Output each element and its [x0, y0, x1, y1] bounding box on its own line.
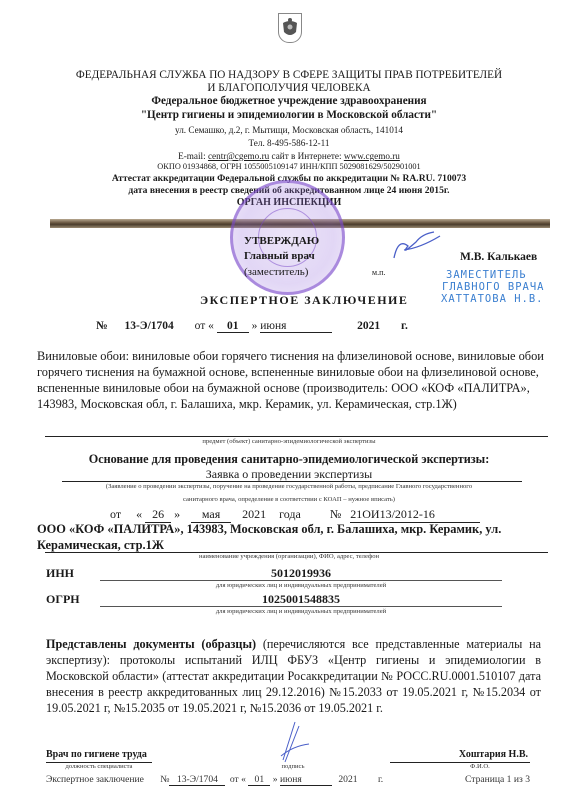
- phone: Тел. 8-495-586-12-11: [0, 137, 578, 149]
- footer-reference: Экспертное заключение №13-Э/1704 от « 01…: [46, 774, 383, 786]
- site-label: сайт в Интернете:: [269, 151, 344, 161]
- applicant-organization: ООО «КОФ «ПАЛИТРА», 143983, Московская о…: [37, 521, 552, 553]
- conclusion-day: 01: [217, 320, 249, 333]
- documents-lead: Представлены документы (образцы): [46, 637, 256, 651]
- email-link[interactable]: centr@cgemo.ru: [208, 151, 269, 161]
- basis-caption-line2: санитарного врача, определение в соответ…: [0, 496, 578, 504]
- submitted-documents: Представлены документы (образцы) (перечи…: [46, 636, 541, 716]
- seal-place: м.п.: [372, 268, 385, 277]
- position-caption: должность специалиста: [46, 763, 152, 771]
- deputy-stamp-line1: ЗАМЕСТИТЕЛЬ: [446, 269, 527, 281]
- footer-doc-label: Экспертное заключение: [46, 774, 144, 785]
- agency-name-line1: ФЕДЕРАЛЬНАЯ СЛУЖБА ПО НАДЗОРУ В СФЕРЕ ЗА…: [0, 69, 578, 82]
- basis-year: 2021: [242, 507, 266, 521]
- specialist-position: Врач по гигиене труда: [46, 749, 147, 760]
- ogrn-value: 1025001548835: [100, 592, 502, 607]
- number-label: №: [96, 320, 108, 332]
- footer-month: июня: [280, 774, 332, 786]
- expertise-subject: Виниловые обои: виниловые обои горячего …: [37, 348, 552, 412]
- footer-close-quote: »: [273, 774, 278, 785]
- basis-number-label: №: [330, 507, 341, 521]
- deputy-stamp-line3: ХАТТАТОВА Н.В.: [441, 293, 544, 305]
- org-codes: ОКПО 01934868, ОГРН 1055005109147 ИНН/КП…: [0, 162, 578, 172]
- approver-name: М.В. Калькаев: [460, 251, 537, 263]
- footer-year: 2021: [338, 774, 357, 785]
- approver-position: Главный врач: [244, 250, 315, 262]
- basis-value: Заявка о проведении экспертизы: [0, 467, 578, 482]
- basis-caption-line1: (Заявление о проведении экспертизы, пору…: [0, 483, 578, 491]
- subject-caption: предмет (объект) санитарно-эпидемиологич…: [0, 438, 578, 446]
- subject-rule: [45, 436, 548, 437]
- basis-rule: [62, 481, 522, 482]
- inn-caption: для юридических лиц и индивидуальных пре…: [100, 582, 502, 590]
- basis-from-label: от: [110, 507, 121, 521]
- inn-value: 5012019936: [100, 566, 502, 581]
- conclusion-year: 2021: [357, 320, 380, 332]
- approver-signature: [386, 228, 446, 264]
- conclusion-number-line: № 13-Э/1704 от « 01 » июня 2021 г.: [96, 320, 408, 333]
- specialist-name: Хоштария Н.В.: [430, 749, 528, 760]
- specialist-signature: [275, 720, 315, 764]
- footer-from-label: от «: [230, 774, 246, 785]
- contacts: E-mail: centr@cgemo.ru сайт в Интернете:…: [0, 150, 578, 162]
- applicant-caption: наименование учреждения (организации), Ф…: [0, 553, 578, 561]
- institution-line2: "Центр гигиены и эпидемиологии в Московс…: [0, 109, 578, 122]
- page-number: Страница 1 из 3: [430, 774, 530, 785]
- conclusion-month: июня: [260, 320, 332, 333]
- ogrn-rule: [100, 606, 502, 607]
- document-title: ЭКСПЕРТНОЕ ЗАКЛЮЧЕНИЕ: [200, 293, 408, 308]
- address: ул. Семашко, д.2, г. Мытищи, Московская …: [0, 124, 578, 136]
- footer-day: 01: [248, 774, 270, 786]
- basis-open-quote: «: [136, 507, 142, 521]
- deputy-stamp-line2: ГЛАВНОГО ВРАЧА: [442, 281, 545, 293]
- footer-number: 13-Э/1704: [169, 774, 225, 786]
- ogrn-label: ОГРН: [46, 592, 80, 607]
- conclusion-number: 13-Э/1704: [124, 320, 173, 332]
- basis-heading: Основание для проведения санитарно-эпиде…: [0, 452, 578, 467]
- close-quote: »: [252, 320, 258, 332]
- site-link[interactable]: www.cgemo.ru: [344, 151, 400, 161]
- basis-year-label: года: [279, 507, 301, 521]
- year-suffix: г.: [401, 320, 408, 332]
- footer-no-label: №: [160, 774, 169, 785]
- inn-rule: [100, 580, 502, 581]
- agency-name-line2: И БЛАГОПОЛУЧИЯ ЧЕЛОВЕКА: [0, 82, 578, 95]
- inn-label: ИНН: [46, 566, 74, 581]
- approver-deputy: (заместитель): [244, 266, 308, 278]
- name-caption: Ф.И.О.: [440, 763, 520, 771]
- russian-coat-of-arms-icon: [278, 13, 302, 43]
- institution-line1: Федеральное бюджетное учреждение здравоо…: [0, 95, 578, 108]
- date-from-label: от «: [195, 320, 214, 332]
- email-label: E-mail:: [178, 151, 208, 161]
- footer-year-suffix: г.: [378, 774, 383, 785]
- basis-close-quote: »: [174, 507, 180, 521]
- approve-label: УТВЕРЖДАЮ: [244, 235, 319, 247]
- signature-caption: подпись: [268, 763, 318, 771]
- ogrn-caption: для юридических лиц и индивидуальных пре…: [100, 608, 502, 616]
